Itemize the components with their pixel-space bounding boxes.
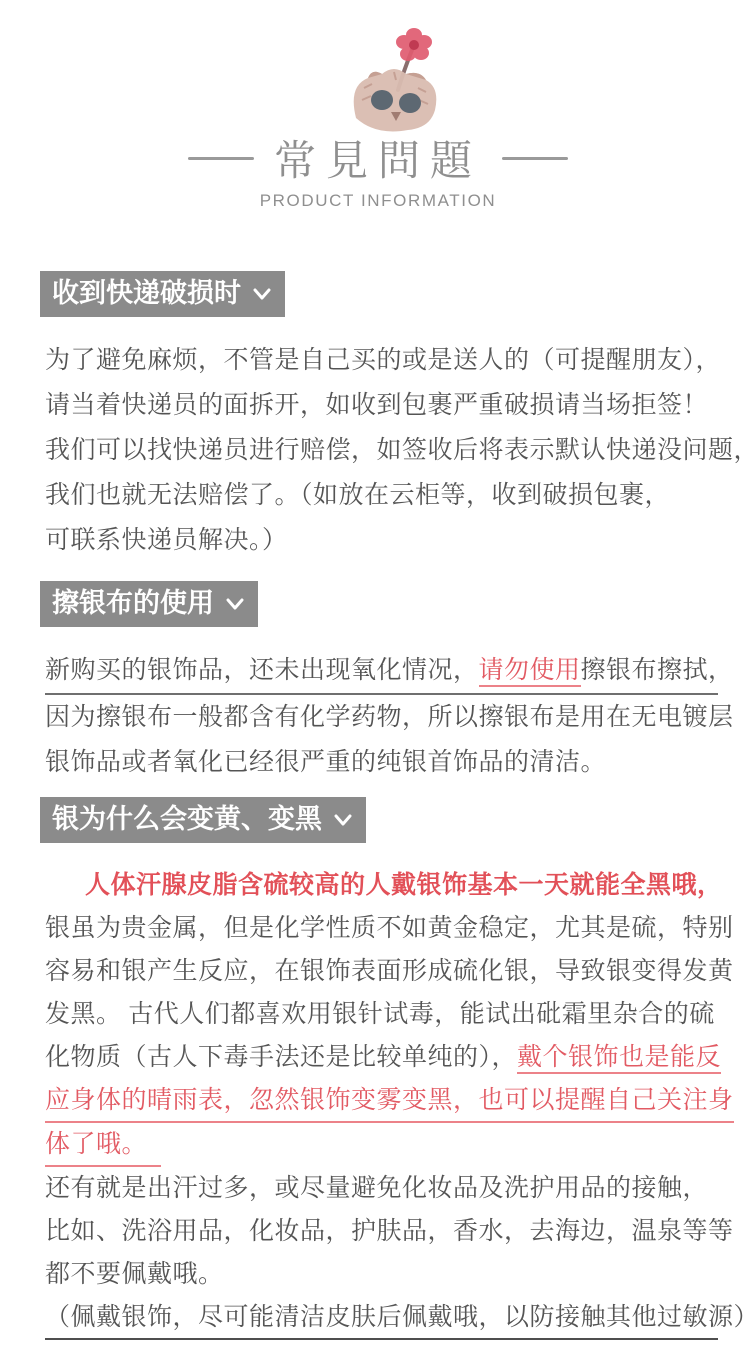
section-silver-cloth-header[interactable]: 擦银布的使用 [40,581,258,627]
product-info-page: { "header": { "mascot_icon": "owl-with-f… [0,0,756,1349]
body-text-segment: 新购买的银饰品，还未出现氧化情况， [45,657,479,684]
warning-text-red: 请勿使用 [479,657,581,687]
body-line: 我们可以找快递员进行赔偿，如签收后将表示默认快递没问题， [45,428,718,473]
body-line: 银虽为贵金属，但是化学性质不如黄金稳定，尤其是硫，特别 [45,907,718,950]
chevron-down-icon [333,813,353,827]
body-text-segment: 化物质（古人下毒手法还是比较单纯的）， [45,1044,517,1071]
highlight-text-red: 体了哦。 [45,1124,161,1167]
body-line-underlined: 新购买的银饰品，还未出现氧化情况，请勿使用擦银布擦拭， [45,648,718,695]
section-tarnish-reason-title: 银为什么会变黄、变黑 [52,806,322,833]
body-line: 比如、洗浴用品，化妆品，护肤品，香水，去海边，温泉等等 [45,1210,718,1253]
note-text: （佩戴银饰，尽可能清洁皮肤后佩戴哦，以防接触其他过敏源） [45,1297,718,1340]
body-line: 可联系快递员解决。） [45,518,718,563]
title-divider-right [502,157,568,160]
body-line-mixed: 化物质（古人下毒手法还是比较单纯的），戴个银饰也是能反 [45,1036,718,1079]
body-line: 容易和银产生反应，在银饰表面形成硫化银，导致银变得发黄 [45,950,718,993]
body-line: 还有就是出汗过多，或尽量避免化妆品及洗护用品的接触， [45,1167,718,1210]
section-tarnish-reason: 银为什么会变黄、变黑 人体汗腺皮脂含硫较高的人戴银饰基本一天就能全黑哦， 银虽为… [40,797,718,1340]
section-silver-cloth: 擦银布的使用 新购买的银饰品，还未出现氧化情况，请勿使用擦银布擦拭， 因为擦银布… [40,581,718,785]
section-tarnish-reason-header[interactable]: 银为什么会变黄、变黑 [40,797,366,843]
highlight-text-red: 戴个银饰也是能反 [517,1044,721,1074]
body-line: 为了避免麻烦，不管是自己买的或是送人的（可提醒朋友）， [45,338,718,383]
red-lead-line: 人体汗腺皮脂含硫较高的人戴银饰基本一天就能全黑哦， [45,864,718,907]
body-line: 都不要佩戴哦。 [45,1253,718,1296]
highlight-text-red: 应身体的晴雨表，忽然银饰变雾变黑，也可以提醒自己关注身 [45,1080,734,1123]
hero-header: 常見問題 PRODUCT INFORMATION [0,0,756,211]
section-shipping-damage-header[interactable]: 收到快递破损时 [40,271,285,317]
section-shipping-damage-body: 为了避免麻烦，不管是自己买的或是送人的（可提醒朋友）， 请当着快递员的面拆开，如… [40,338,718,563]
owl-with-flower-icon [338,26,462,134]
body-line: 请当着快递员的面拆开，如收到包裹严重破损请当场拒签！ [45,383,718,428]
section-silver-cloth-title: 擦银布的使用 [52,590,214,617]
title-divider-left [188,157,254,160]
page-subtitle: PRODUCT INFORMATION [0,191,756,211]
title-row: 常見問題 [0,128,756,188]
page-title: 常見問題 [274,128,482,188]
chevron-down-icon [252,287,272,301]
red-underlined-line: 应身体的晴雨表，忽然银饰变雾变黑，也可以提醒自己关注身 [45,1079,718,1123]
owl-mascot-illustration [0,26,756,134]
chevron-down-icon [225,597,245,611]
section-tarnish-reason-body: 人体汗腺皮脂含硫较高的人戴银饰基本一天就能全黑哦， 银虽为贵金属，但是化学性质不… [40,864,718,1340]
note-line-underlined: （佩戴银饰，尽可能清洁皮肤后佩戴哦，以防接触其他过敏源） [45,1296,718,1340]
body-line: 银饰品或者氧化已经很严重的纯银首饰品的清洁。 [45,740,718,785]
body-line: 发黑。 古代人们都喜欢用银针试毒，能试出砒霜里杂合的硫 [45,993,718,1036]
body-line: 因为擦银布一般都含有化学药物，所以擦银布是用在无电镀层 [45,695,718,740]
section-silver-cloth-body: 新购买的银饰品，还未出现氧化情况，请勿使用擦银布擦拭， 因为擦银布一般都含有化学… [40,648,718,785]
body-text-segment: 擦银布擦拭， [581,657,734,684]
section-shipping-damage-title: 收到快递破损时 [52,280,241,307]
section-shipping-damage: 收到快递破损时 为了避免麻烦，不管是自己买的或是送人的（可提醒朋友）， 请当着快… [40,271,718,563]
body-line: 我们也就无法赔偿了。（如放在云柜等，收到破损包裹， [45,473,718,518]
red-underlined-line: 体了哦。 [45,1123,718,1167]
